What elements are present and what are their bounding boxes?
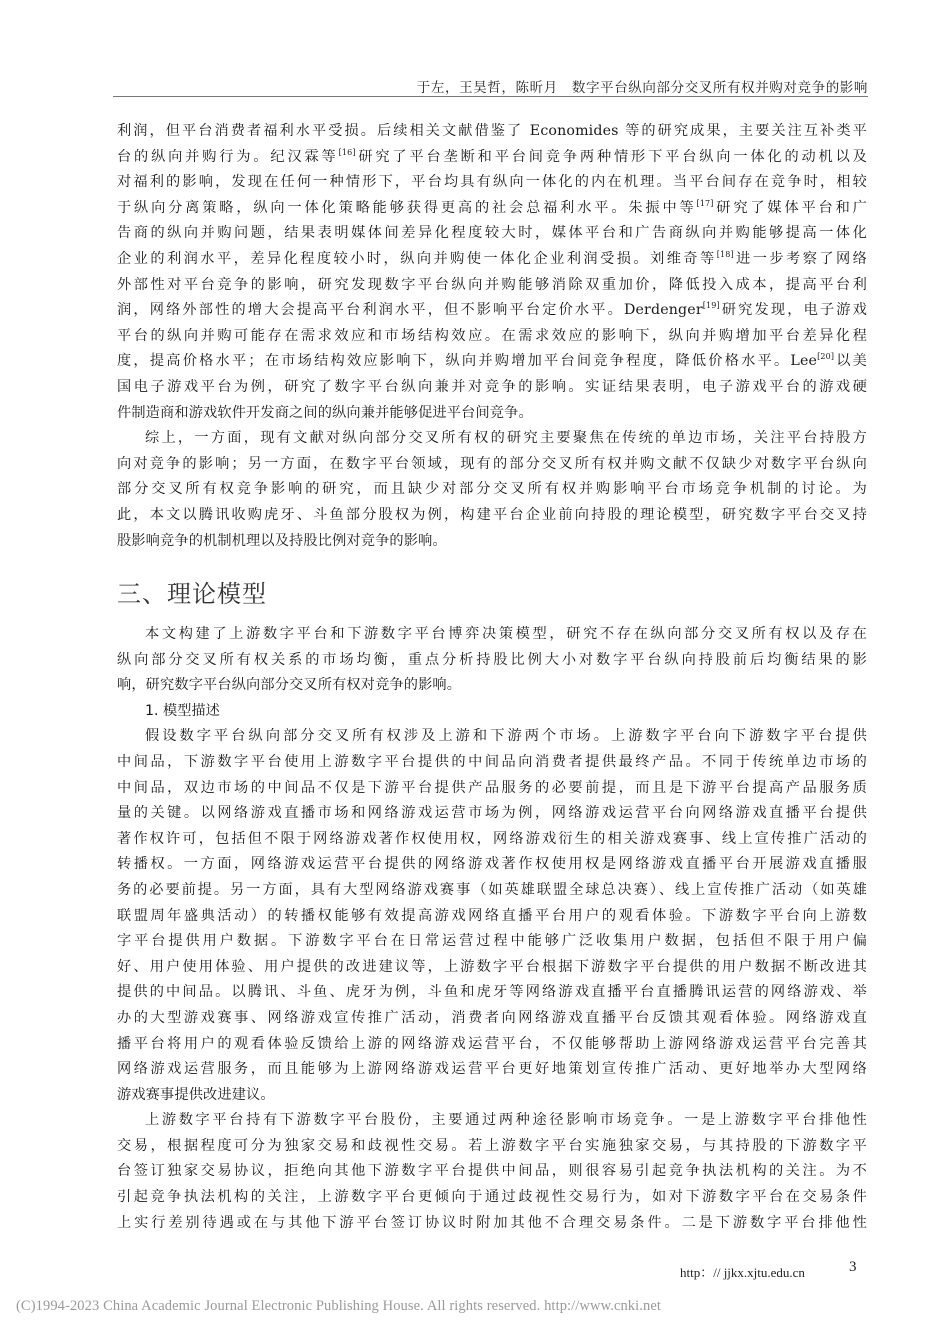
text-line: 响，研究数字平台纵向部分交叉所有权对竞争的影响。 <box>117 673 867 699</box>
text-line: 上实行差别待遇或在与其他下游平台签订协议时附加其他不合理交易条件。二是下游数字平… <box>117 1211 867 1237</box>
header-rule <box>113 96 868 97</box>
text-line: 企业的利润水平，差异化程度较小时，纵向并购使一体化企业利润受损。刘维奇等[18]… <box>117 247 867 273</box>
text-line: 外部性对平台竞争的影响，研究发现数字平台纵向并购能够消除双重加价，降低投入成本，… <box>117 273 867 299</box>
subsection-title: 1. 模型描述 <box>117 699 867 725</box>
journal-url[interactable]: http：// jjkx.xjtu.edu.cn <box>680 1262 805 1281</box>
text-line: 润，网络外部性的增大会提高平台利润水平，但不影响平台定价水平。Derdenger… <box>117 298 867 324</box>
text-line: 上游数字平台持有下游数字平台股份，主要通过两种途径影响市场竞争。一是上游数字平台… <box>117 1108 867 1134</box>
text-line: 平台的纵向并购可能存在需求效应和市场结构效应。在需求效应的影响下，纵向并购增加平… <box>117 324 867 350</box>
citation-marker[interactable]: [20] <box>817 352 834 361</box>
text-line: 播平台将用户的观看体验反馈给上游的网络游戏运营平台，不仅能够帮助上游网络游戏运营… <box>117 1032 867 1058</box>
paragraph-competition-channels: 上游数字平台持有下游数字平台股份，主要通过两种途径影响市场竞争。一是上游数字平台… <box>117 1108 867 1236</box>
text-line: 办的大型游戏赛事、网络游戏宣传推广活动，消费者向网络游戏直播平台反馈其观看体验。… <box>117 1006 867 1032</box>
text-line: 于纵向分离策略，纵向一体化策略能够获得更高的社会总福利水平。朱振中等[17]研究… <box>117 196 867 222</box>
line-text: 润，网络外部性的增大会提高平台利润水平，但不影响平台定价水平。Derdenger… <box>117 302 867 318</box>
line-text: 度，提高价格水平；在市场结构效应影响下，纵向并购增加平台间竞争程度，降低价格水平… <box>117 353 867 369</box>
body-text-model: 本文构建了上游数字平台和下游数字平台博弈决策模型，研究不存在纵向部分交叉所有权以… <box>117 622 867 1236</box>
text-line: 度，提高价格水平；在市场结构效应影响下，纵向并购增加平台间竞争程度，降低价格水平… <box>117 349 867 375</box>
citation-marker[interactable]: [19] <box>703 301 720 310</box>
text-line: 网络游戏运营服务，而且能够为上游网络游戏运营平台更好地策划宣传推广活动、更好地举… <box>117 1057 867 1083</box>
text-line: 量的关键。以网络游戏直播市场和网络游戏运营市场为例，网络游戏运营平台向网络游戏直… <box>117 801 867 827</box>
text-line: 件制造商和游戏软件开发商之间的纵向兼并能够促进平台间竞争。 <box>117 401 867 427</box>
text-line: 联盟周年盛典活动）的转播权能够有效提高游戏网络直播平台用户的观看体验。下游数字平… <box>117 904 867 930</box>
text-line: 台的纵向并购行为。纪汉霖等[16]研究了平台垄断和平台间竞争两种情形下平台纵向一… <box>117 145 867 171</box>
text-line: 好、用户使用体验、用户提供的改进建议等，上游数字平台根据下游数字平台提供的用户数… <box>117 955 867 981</box>
page-number: 3 <box>849 1259 857 1276</box>
text-line: 中间品，下游数字平台使用上游数字平台提供的中间品向消费者提供最终产品。不同于传统… <box>117 750 867 776</box>
paragraph-literature: 利润，但平台消费者福利水平受损。后续相关文献借鉴了 Economides 等的研… <box>117 119 867 426</box>
running-header: 于左，王昊哲，陈昕月 数字平台纵向部分交叉所有权并购对竞争的影响 <box>113 76 868 96</box>
text-line: 利润，但平台消费者福利水平受损。后续相关文献借鉴了 Economides 等的研… <box>117 119 867 145</box>
paragraph-section-intro: 本文构建了上游数字平台和下游数字平台博弈决策模型，研究不存在纵向部分交叉所有权以… <box>117 622 867 699</box>
text-line: 著作权许可，包括但不限于网络游戏著作权使用权，网络游戏衍生的相关游戏赛事、线上宣… <box>117 827 867 853</box>
text-line: 向对竞争的影响；另一方面，在数字平台领域，现有的部分交叉所有权并购文献不仅缺少对… <box>117 452 867 478</box>
text-line: 对福利的影响，发现在任何一种情形下，平台均具有纵向一体化的内在机理。当平台间存在… <box>117 170 867 196</box>
text-line: 交易，根据程度可分为独家交易和歧视性交易。若上游数字平台实施独家交易，与其持股的… <box>117 1134 867 1160</box>
text-line: 股影响竞争的机制机理以及持股比例对竞争的影响。 <box>117 529 867 555</box>
text-line: 部分交叉所有权竞争影响的研究，而且缺少对部分交叉所有权并购影响平台市场竞争机制的… <box>117 477 867 503</box>
line-text: 企业的利润水平，差异化程度较小时，纵向并购使一体化企业利润受损。刘维奇等[18]… <box>117 251 867 267</box>
text-line: 字平台提供用户数据。下游数字平台在日常运营过程中能够广泛收集用户数据，包括但不限… <box>117 929 867 955</box>
body-text-top: 利润，但平台消费者福利水平受损。后续相关文献借鉴了 Economides 等的研… <box>117 119 867 554</box>
text-line: 国电子游戏平台为例，研究了数字平台纵向兼并对竞争的影响。实证结果表明，电子游戏平… <box>117 375 867 401</box>
citation-marker[interactable]: [16] <box>339 148 356 157</box>
text-line: 假设数字平台纵向部分交叉所有权涉及上游和下游两个市场。上游数字平台向下游数字平台… <box>117 724 867 750</box>
text-line: 中间品，双边市场的中间品不仅是下游平台提供产品服务的必要前提，而且是下游平台提高… <box>117 776 867 802</box>
text-line: 引起竞争执法机构的关注，上游数字平台更倾向于通过歧视性交易行为，如对下游数字平台… <box>117 1185 867 1211</box>
paragraph-summary: 综上，一方面，现有文献对纵向部分交叉所有权的研究主要聚焦在传统的单边市场，关注平… <box>117 426 867 554</box>
text-line: 告商的纵向并购问题，结果表明媒体间差异化程度较大时，媒体平台和广告商纵向并购能够… <box>117 221 867 247</box>
copyright-notice: (C)1994-2023 China Academic Journal Elec… <box>16 1298 661 1315</box>
citation-marker[interactable]: [18] <box>717 250 734 259</box>
text-line: 提供的中间品。以腾讯、斗鱼、虎牙为例，斗鱼和虎牙等网络游戏直播平台直播腾讯运营的… <box>117 980 867 1006</box>
section-heading: 三、理论模型 <box>117 574 267 609</box>
text-line: 转播权。一方面，网络游戏运营平台提供的网络游戏著作权使用权是网络游戏直播平台开展… <box>117 852 867 878</box>
citation-marker[interactable]: [17] <box>697 199 714 208</box>
text-line: 游戏赛事提供改进建议。 <box>117 1083 867 1109</box>
line-text: 台的纵向并购行为。纪汉霖等[16]研究了平台垄断和平台间竞争两种情形下平台纵向一… <box>117 149 867 165</box>
text-line: 此，本文以腾讯收购虎牙、斗鱼部分股权为例，构建平台企业前向持股的理论模型，研究数… <box>117 503 867 529</box>
text-line: 综上，一方面，现有文献对纵向部分交叉所有权的研究主要聚焦在传统的单边市场，关注平… <box>117 426 867 452</box>
text-line: 本文构建了上游数字平台和下游数字平台博弈决策模型，研究不存在纵向部分交叉所有权以… <box>117 622 867 648</box>
text-line: 务的必要前提。另一方面，具有大型网络游戏赛事（如英雄联盟全球总决赛）、线上宣传推… <box>117 878 867 904</box>
line-text: 于纵向分离策略，纵向一体化策略能够获得更高的社会总福利水平。朱振中等[17]研究… <box>117 200 867 216</box>
text-line: 纵向部分交叉所有权关系的市场均衡，重点分析持股比例大小对数字平台纵向持股前后均衡… <box>117 648 867 674</box>
paragraph-model-description: 假设数字平台纵向部分交叉所有权涉及上游和下游两个市场。上游数字平台向下游数字平台… <box>117 724 867 1108</box>
text-line: 台签订独家交易协议，拒绝向其他下游数字平台提供中间品，则很容易引起竞争执法机构的… <box>117 1159 867 1185</box>
